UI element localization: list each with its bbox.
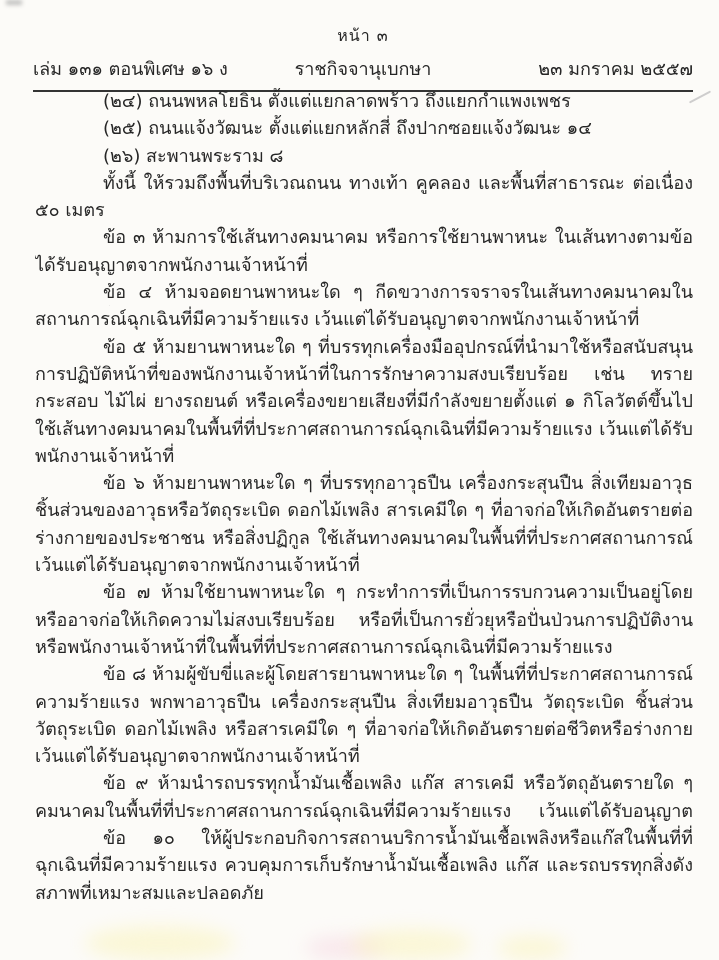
paragraph-5-clause: ข้อ ๓ ห้ามการใช้เส้นทางคมนาคม หรือการใช้… [35,224,693,279]
text-line: พนักงานเจ้าหน้าที่ [35,443,693,470]
paragraph-2: (๒๕) ถนนแจ้งวัฒนะ ตั้งแต่แยกหลักสี่ ถึงป… [35,115,693,142]
text-line: ข้อ ๖ ห้ามยานพาหนะใด ๆ ที่บรรทุกอาวุธปืน… [35,470,693,497]
text-line: ข้อ ๗ ห้ามใช้ยานพาหนะใด ๆ กระทำการที่เป็… [35,579,693,606]
text-line: ๕๐ เมตร [35,197,693,224]
text-line: สถานการณ์ฉุกเฉินที่มีความร้ายแรง เว้นแต่… [35,306,693,333]
gazette-title: ราชกิจจานุเบกษา [295,54,432,83]
text-line: (๒๔) ถนนพหลโยธิน ตั้งแต่แยกลาดพร้าว ถึงแ… [35,88,693,115]
paragraph-9-clause: ข้อ ๗ ห้ามใช้ยานพาหนะใด ๆ กระทำการที่เป็… [35,579,693,661]
text-line: ทั้งนี้ ให้รวมถึงพื้นที่บริเวณถนน ทางเท้… [35,170,693,197]
issue-date: ๒๓ มกราคม ๒๕๕๗ [431,54,693,83]
paragraph-6-clause: ข้อ ๔ ห้ามจอดยานพาหนะใด ๆ กีดขวางการจราจ… [35,279,693,334]
gazette-header-row: เล่ม ๑๓๑ ตอนพิเศษ ๑๖ ง ราชกิจจานุเบกษา ๒… [33,54,693,83]
scan-smudge-yellow [352,929,472,960]
scan-smudge-yellow [85,926,235,960]
text-line: ข้อ ๔ ห้ามจอดยานพาหนะใด ๆ กีดขวางการจราจ… [35,279,693,306]
volume-info: เล่ม ๑๓๑ ตอนพิเศษ ๑๖ ง [33,54,295,83]
paragraph-12-clause: ข้อ ๑๐ ให้ผู้ประกอบกิจการสถานบริการน้ำมั… [35,825,693,907]
text-line: ร่างกายของประชาชน หรือสิ่งปฏิกูล ใช้เส้น… [35,525,693,552]
scan-smudge-yellow [497,936,567,960]
text-line: หรืออาจก่อให้เกิดความไม่สงบเรียบร้อย หรื… [35,607,693,634]
text-line: เว้นแต่ได้รับอนุญาตจากพนักงานเจ้าหน้าที่ [35,552,693,579]
paragraph-10-clause: ข้อ ๘ ห้ามผู้ขับขี่และผู้โดยสารยานพาหนะใ… [35,661,693,770]
scanned-document-page: หน้า ๓ เล่ม ๑๓๑ ตอนพิเศษ ๑๖ ง ราชกิจจานุ… [0,0,719,960]
text-line: ได้รับอนุญาตจากพนักงานเจ้าหน้าที่ [35,252,693,279]
text-line: ข้อ ๕ ห้ามยานพาหนะใด ๆ ที่บรรทุกเครื่องม… [35,334,693,361]
text-line: สภาพที่เหมาะสมและปลอดภัย [35,880,693,907]
document-body: (๒๔) ถนนพหลโยธิน ตั้งแต่แยกลาดพร้าว ถึงแ… [35,88,693,907]
text-line: ข้อ ๓ ห้ามการใช้เส้นทางคมนาคม หรือการใช้… [35,224,693,251]
paragraph-4: ทั้งนี้ ให้รวมถึงพื้นที่บริเวณถนน ทางเท้… [35,170,693,225]
paragraph-7-clause: ข้อ ๕ ห้ามยานพาหนะใด ๆ ที่บรรทุกเครื่องม… [35,334,693,470]
text-line: ใช้เส้นทางคมนาคมในพื้นที่ที่ประกาศสถานกา… [35,416,693,443]
text-line: ข้อ ๑๐ ให้ผู้ประกอบกิจการสถานบริการน้ำมั… [35,825,693,852]
text-line: ข้อ ๘ ห้ามผู้ขับขี่และผู้โดยสารยานพาหนะใ… [35,661,693,688]
paragraph-1: (๒๔) ถนนพหลโยธิน ตั้งแต่แยกลาดพร้าว ถึงแ… [35,88,693,115]
paragraph-8-clause: ข้อ ๖ ห้ามยานพาหนะใด ๆ ที่บรรทุกอาวุธปืน… [35,470,693,579]
scan-corner-smudge [6,0,22,5]
text-line: กระสอบ ไม้ไผ่ ยางรถยนต์ หรือเครื่องขยายเ… [35,388,693,415]
text-line: (๒๖) สะพานพระราม ๘ [35,143,693,170]
text-line: ความร้ายแรง พกพาอาวุธปืน เครื่องกระสุนปื… [35,689,693,716]
page-number-label: หน้า ๓ [33,24,693,49]
text-line: วัตถุระเบิด ดอกไม้เพลิง หรือสารเคมีใด ๆ … [35,716,693,743]
scan-smudge-pink [305,936,385,960]
text-line: หรือพนักงานเจ้าหน้าที่ในพื้นที่ที่ประกาศ… [35,634,693,661]
paragraph-11-clause: ข้อ ๙ ห้ามนำรถบรรทุกน้ำมันเชื้อเพลิง แก๊… [35,770,693,825]
text-line: ข้อ ๙ ห้ามนำรถบรรทุกน้ำมันเชื้อเพลิง แก๊… [35,770,693,797]
text-line: ฉุกเฉินที่มีความร้ายแรง ควบคุมการเก็บรัก… [35,852,693,879]
page-header: หน้า ๓ เล่ม ๑๓๑ ตอนพิเศษ ๑๖ ง ราชกิจจานุ… [33,24,693,92]
text-line: คมนาคมในพื้นที่ที่ประกาศสถานการณ์ฉุกเฉิน… [35,798,693,825]
text-line: (๒๕) ถนนแจ้งวัฒนะ ตั้งแต่แยกหลักสี่ ถึงป… [35,115,693,142]
text-line: ชิ้นส่วนของอาวุธหรือวัตถุระเบิด ดอกไม้เพ… [35,497,693,524]
text-line: เว้นแต่ได้รับอนุญาตจากพนักงานเจ้าหน้าที่ [35,743,693,770]
paragraph-3: (๒๖) สะพานพระราม ๘ [35,143,693,170]
text-line: การปฏิบัติหน้าที่ของพนักงานเจ้าหน้าที่ใน… [35,361,693,388]
